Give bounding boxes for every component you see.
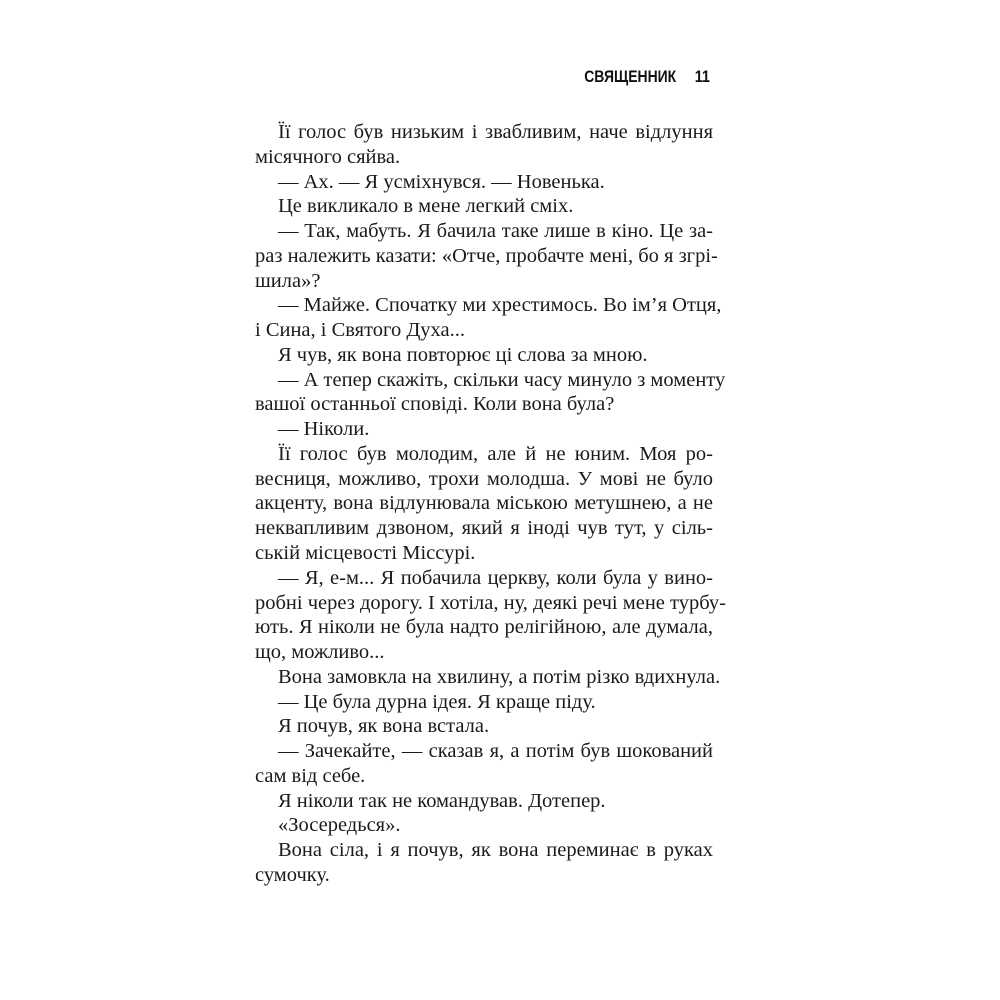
text-line: весниця, можливо, трохи молодша. У мові … (255, 467, 713, 492)
text-line: «Зосередься». (255, 813, 713, 838)
running-head-title: СВЯЩЕННИК (584, 67, 676, 87)
text-line: — Ах. — Я усміхнувся. — Новенька. (255, 170, 713, 195)
text-line: ють. Я ніколи не була надто релігійною, … (255, 615, 713, 640)
text-line: робні через дорогу. І хотіла, ну, деякі … (255, 591, 713, 616)
text-line: — Ніколи. (255, 417, 713, 442)
text-line: Це викликало в мене легкий сміх. (255, 194, 713, 219)
text-line: Я ніколи так не командував. Дотепер. (255, 789, 713, 814)
text-line: місячного сяйва. (255, 145, 713, 170)
text-line: Вона замовкла на хвилину, а потім різко … (255, 665, 713, 690)
text-line: — Я, е-м... Я побачила церкву, коли була… (255, 566, 713, 591)
text-line: — Зачекайте, — сказав я, а потім був шок… (255, 739, 713, 764)
text-line: і Сина, і Святого Духа... (255, 318, 713, 343)
text-line: Її голос був молодим, але й не юним. Моя… (255, 442, 713, 467)
text-line: раз належить казати: «Отче, пробачте мен… (255, 244, 713, 269)
text-line: — Так, мабуть. Я бачила таке лише в кіно… (255, 219, 713, 244)
book-page: СВЯЩЕННИК11 Її голос був низьким і звабл… (0, 0, 1000, 1000)
text-line: — А тепер скажіть, скільки часу минуло з… (255, 368, 713, 393)
text-line: сумочку. (255, 863, 713, 888)
text-line: вашої останньої сповіді. Коли вона була? (255, 392, 713, 417)
text-line: сам від себе. (255, 764, 713, 789)
text-line: Її голос був низьким і звабливим, наче в… (255, 120, 713, 145)
text-line: Я чув, як вона повторює ці слова за мною… (255, 343, 713, 368)
body-text: Її голос був низьким і звабливим, наче в… (255, 120, 713, 888)
text-line: що, можливо... (255, 640, 713, 665)
page-number: 11 (695, 67, 710, 87)
text-line: шила»? (255, 269, 713, 294)
text-line: акценту, вона відлунювала міською метушн… (255, 491, 713, 516)
running-head: СВЯЩЕННИК11 (560, 67, 710, 87)
text-line: Я почув, як вона встала. (255, 714, 713, 739)
text-line: ській місцевості Міссурі. (255, 541, 713, 566)
text-line: — Це була дурна ідея. Я краще піду. (255, 690, 713, 715)
text-line: Вона сіла, і я почув, як вона перeминає … (255, 838, 713, 863)
text-line: — Майже. Спочатку ми хрестимось. Во ім’я… (255, 293, 713, 318)
text-line: неквапливим дзвоном, який я іноді чув ту… (255, 516, 713, 541)
